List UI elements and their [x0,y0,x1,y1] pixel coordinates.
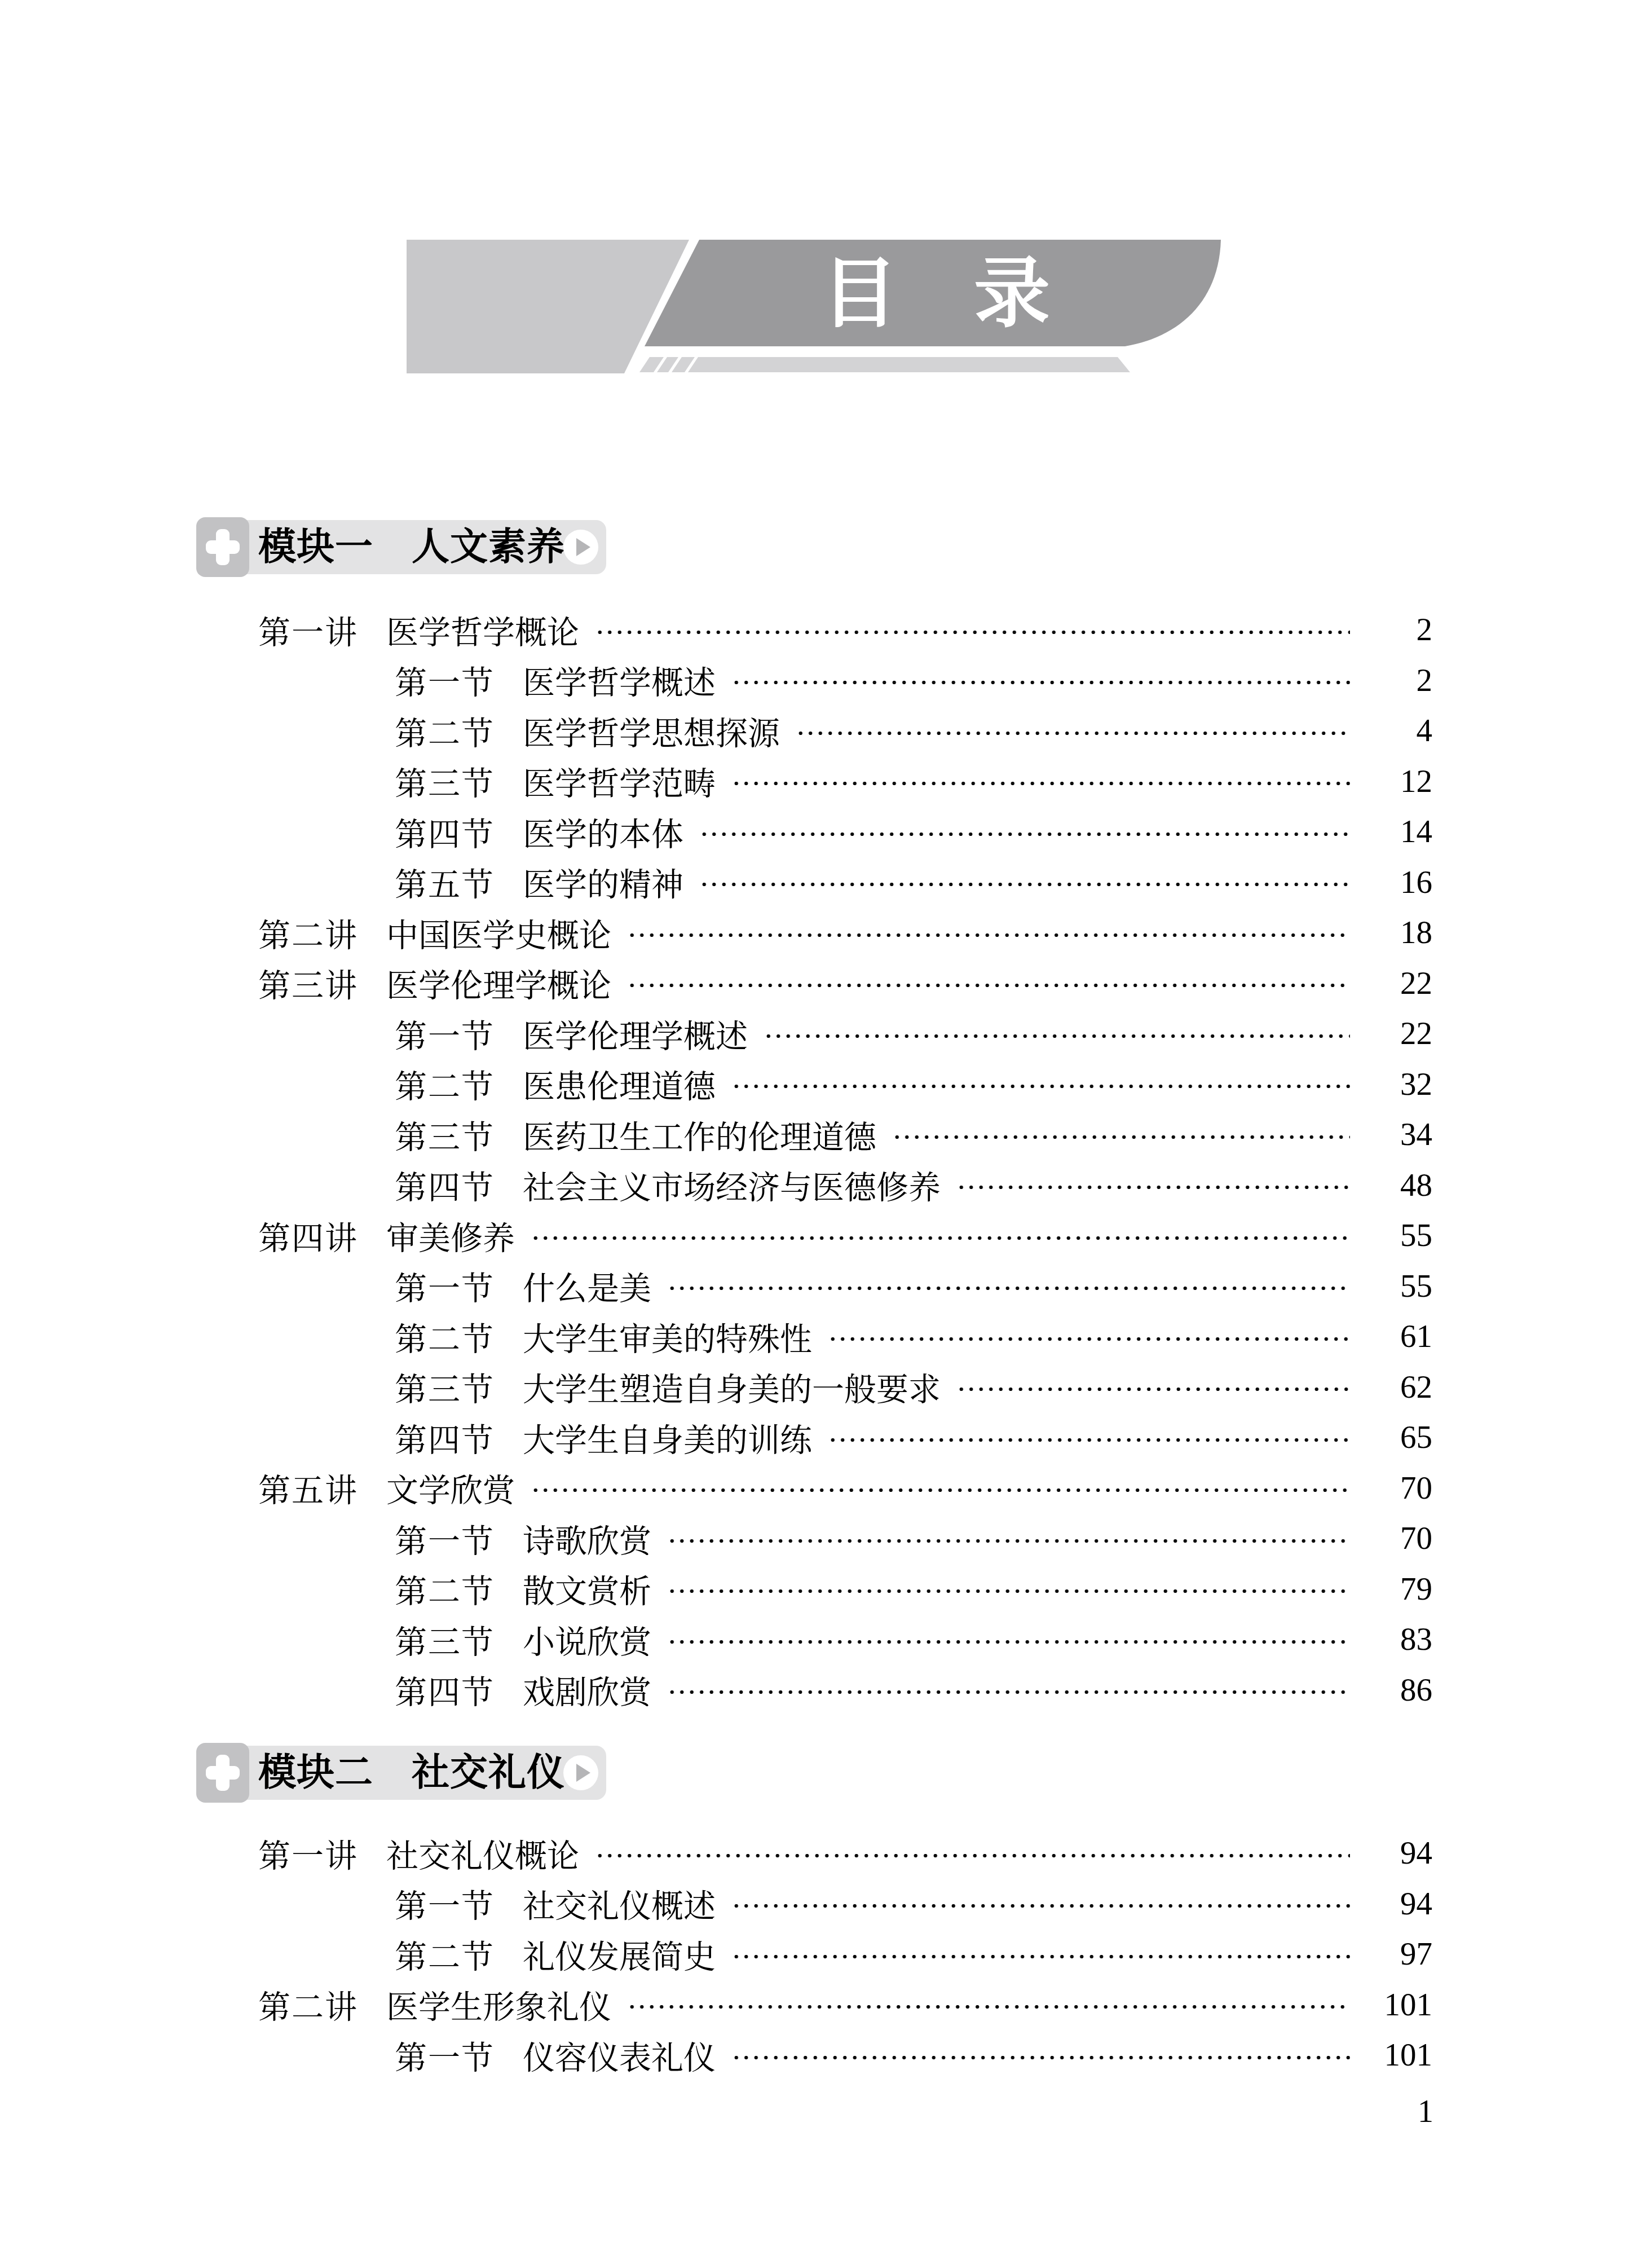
entry-title: 戏剧欣赏 [523,1667,651,1713]
cross-horizontal-bar [206,540,240,554]
dot-leader [796,730,1350,736]
entry-title: 医学生形象礼仪 [386,1981,611,2028]
entry-title: 仪容仪表礼仪 [523,2032,716,2078]
entry-title: 医学哲学概述 [523,657,716,703]
entry-title: 医患伦理道德 [523,1061,716,1107]
entry-title: 医药卫生工作的伦理道德 [523,1112,876,1158]
entry-page: 34 [1359,1116,1432,1153]
entry-title: 大学生审美的特殊性 [523,1314,812,1360]
dot-leader [731,781,1350,786]
dot-leader [731,680,1350,685]
entry-label: 第三节 [395,758,495,804]
entry-label: 第三节 [395,1364,495,1410]
toc-row: 第二节 散文赏析 79 [258,1564,1432,1615]
entry-page: 2 [1359,611,1432,648]
dot-leader [531,1235,1350,1241]
entry-title: 医学伦理学概论 [386,960,611,1006]
entry-page: 55 [1359,1217,1432,1254]
entry-label: 第四节 [395,1415,495,1461]
toc-banner: 目 录 [395,226,1241,395]
toc-page: 目 录 模块一 人文素养 第一讲 医学哲学概论 2 第一节 医学哲学概述 2 第… [0,0,1628,2268]
entry-page: 48 [1359,1167,1432,1204]
entry-title: 小说欣赏 [523,1617,651,1663]
entry-label: 第三讲 [258,960,358,1006]
entry-label: 第二节 [395,1931,495,1978]
entry-page: 22 [1359,965,1432,1002]
dot-leader [956,1386,1350,1392]
entry-label: 第二讲 [258,1981,358,2028]
entry-label: 第四节 [395,1162,495,1208]
entry-page: 94 [1359,1886,1432,1922]
entry-label: 第一节 [395,1516,495,1562]
toc-row: 第一节 社交礼仪概述 94 [258,1879,1432,1930]
dot-leader [956,1184,1350,1190]
medical-cross-icon [196,1743,249,1803]
entry-page: 79 [1359,1571,1432,1608]
dot-leader [667,1639,1350,1645]
entry-title: 诗歌欣赏 [523,1516,651,1562]
play-icon [563,1755,598,1790]
dot-leader [667,1689,1350,1695]
toc-row: 第四节 医学的本体 14 [258,807,1432,857]
entry-page: 70 [1359,1520,1432,1557]
play-triangle [576,538,590,556]
entry-label: 第一讲 [258,1830,358,1877]
toc-row: 第三节 大学生塑造自身美的一般要求 62 [258,1362,1432,1413]
entry-title: 大学生塑造自身美的一般要求 [523,1364,941,1410]
entry-title: 文学欣赏 [386,1465,515,1511]
entry-label: 第二讲 [258,910,358,956]
toc-row: 第二讲 医学生形象礼仪 101 [258,1980,1432,2031]
entry-title: 社交礼仪概述 [523,1881,716,1927]
dot-leader [667,1538,1350,1544]
dot-leader [531,1487,1350,1493]
entry-page: 16 [1359,864,1432,901]
toc-list-module-2: 第一讲 社交礼仪概论 94 第一节 社交礼仪概述 94 第二节 礼仪发展简史 9… [258,1828,1432,2081]
entry-label: 第一讲 [258,607,358,653]
play-triangle [576,1764,590,1782]
entry-label: 第五节 [395,859,495,905]
dot-leader [828,1336,1350,1342]
entry-page: 70 [1359,1470,1432,1507]
module-header-2: 模块二 社交礼仪 [196,1746,606,1800]
dot-leader [627,932,1350,938]
toc-row: 第二讲 中国医学史概论 18 [258,908,1432,958]
toc-row: 第三节 小说欣赏 83 [258,1614,1432,1665]
module-label: 模块二 社交礼仪 [258,1746,565,1800]
play-icon [563,530,598,565]
toc-row: 第二节 礼仪发展简史 97 [258,1929,1432,1980]
entry-page: 65 [1359,1419,1432,1456]
entry-title: 医学哲学思想探源 [523,708,780,754]
entry-title: 医学哲学范畴 [523,758,716,804]
entry-label: 第三节 [395,1617,495,1663]
entry-title: 大学生自身美的训练 [523,1415,812,1461]
toc-row: 第二节 医患伦理道德 32 [258,1059,1432,1110]
footer-page-number: 1 [1388,2094,1433,2130]
entry-title: 医学哲学概论 [386,607,579,653]
toc-row: 第四节 戏剧欣赏 86 [258,1665,1432,1716]
entry-page: 2 [1359,662,1432,699]
toc-row: 第一节 医学伦理学概述 22 [258,1009,1432,1059]
entry-page: 55 [1359,1268,1432,1305]
dot-leader [627,983,1350,988]
dot-leader [699,831,1350,837]
entry-title: 中国医学史概论 [386,910,611,956]
entry-page: 18 [1359,914,1432,951]
toc-row: 第五讲 文学欣赏 70 [258,1463,1432,1514]
entry-title: 什么是美 [523,1263,651,1309]
medical-cross-icon [196,517,249,577]
toc-list-module-1: 第一讲 医学哲学概论 2 第一节 医学哲学概述 2 第二节 医学哲学思想探源 4… [258,605,1432,1715]
toc-row: 第一节 仪容仪表礼仪 101 [258,2030,1432,2081]
entry-page: 83 [1359,1621,1432,1658]
entry-label: 第一节 [395,1011,495,1057]
dot-leader [892,1134,1350,1140]
dot-leader [731,1903,1350,1909]
entry-title: 社会主义市场经济与医德修养 [523,1162,941,1208]
entry-label: 第四节 [395,809,495,855]
toc-row: 第四讲 审美修养 55 [258,1210,1432,1261]
entry-page: 86 [1359,1672,1432,1708]
toc-row: 第一节 什么是美 55 [258,1261,1432,1312]
dot-leader [731,1084,1350,1089]
entry-label: 第二节 [395,1061,495,1107]
dot-leader [667,1285,1350,1291]
toc-row: 第三节 医学哲学范畴 12 [258,756,1432,807]
dot-leader [731,2055,1350,2060]
module-label: 模块一 人文素养 [258,520,565,574]
dot-leader [595,629,1350,635]
entry-page: 101 [1359,1987,1432,2023]
entry-page: 97 [1359,1936,1432,1972]
toc-row: 第二节 医学哲学思想探源 4 [258,706,1432,756]
dot-leader [731,1954,1350,1959]
toc-row: 第四节 社会主义市场经济与医德修养 48 [258,1160,1432,1211]
entry-label: 第二节 [395,1314,495,1360]
toc-row: 第四节 大学生自身美的训练 65 [258,1412,1432,1463]
entry-title: 散文赏析 [523,1566,651,1612]
banner-title: 目 录 [822,253,1050,337]
entry-label: 第一节 [395,2032,495,2078]
entry-title: 医学的本体 [523,809,683,855]
dot-leader [667,1588,1350,1594]
banner-light-shape [407,240,689,373]
entry-title: 审美修养 [386,1213,515,1259]
toc-row: 第一讲 医学哲学概论 2 [258,605,1432,655]
banner-strip [639,357,1130,372]
entry-page: 32 [1359,1066,1432,1103]
entry-title: 医学的精神 [523,859,683,905]
entry-label: 第四节 [395,1667,495,1713]
entry-label: 第二节 [395,1566,495,1612]
toc-row: 第一讲 社交礼仪概论 94 [258,1828,1432,1879]
entry-page: 22 [1359,1015,1432,1052]
cross-horizontal-bar [206,1766,240,1780]
dot-leader [699,882,1350,887]
dot-leader [828,1437,1350,1443]
toc-row: 第二节 大学生审美的特殊性 61 [258,1311,1432,1362]
dot-leader [627,2004,1350,2010]
entry-title: 医学伦理学概述 [523,1011,748,1057]
entry-label: 第一节 [395,1263,495,1309]
entry-label: 第四讲 [258,1213,358,1259]
dot-leader [595,1853,1350,1859]
entry-title: 社交礼仪概论 [386,1830,579,1877]
toc-row: 第三讲 医学伦理学概论 22 [258,958,1432,1009]
toc-row: 第五节 医学的精神 16 [258,857,1432,908]
entry-page: 61 [1359,1318,1432,1355]
toc-row: 第一节 诗歌欣赏 70 [258,1513,1432,1564]
entry-label: 第一节 [395,1881,495,1927]
entry-page: 4 [1359,712,1432,749]
entry-label: 第五讲 [258,1465,358,1511]
entry-page: 12 [1359,763,1432,800]
entry-label: 第三节 [395,1112,495,1158]
dot-leader [764,1033,1350,1039]
entry-title: 礼仪发展简史 [523,1931,716,1978]
entry-page: 94 [1359,1835,1432,1871]
entry-page: 62 [1359,1369,1432,1406]
entry-label: 第一节 [395,657,495,703]
entry-page: 14 [1359,813,1432,850]
toc-row: 第三节 医药卫生工作的伦理道德 34 [258,1109,1432,1160]
toc-row: 第一节 医学哲学概述 2 [258,655,1432,706]
entry-label: 第二节 [395,708,495,754]
module-header-1: 模块一 人文素养 [196,520,606,574]
entry-page: 101 [1359,2037,1432,2073]
